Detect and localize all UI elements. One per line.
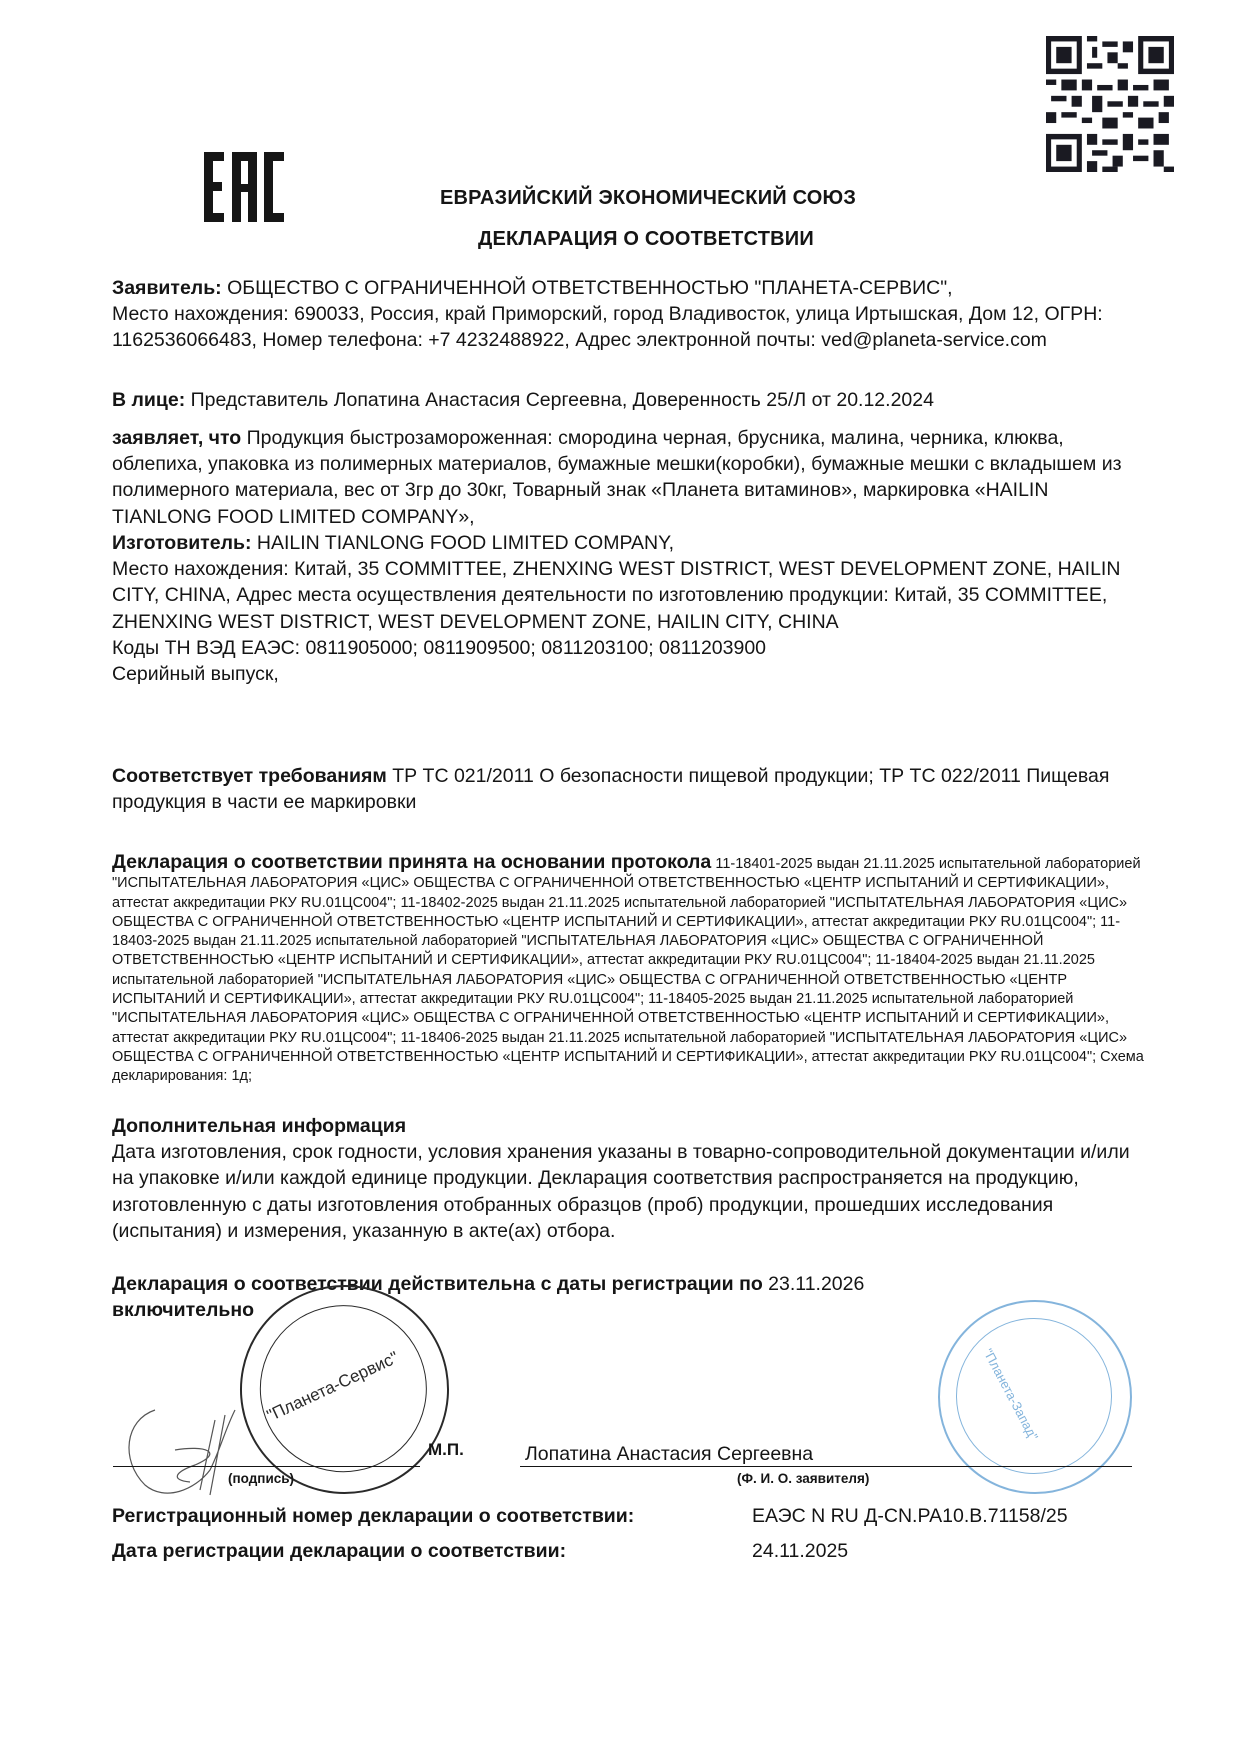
declares-label: заявляет, что: [112, 427, 241, 449]
applicant-label: Заявитель:: [112, 277, 222, 299]
applicant-name: ОБЩЕСТВО С ОГРАНИЧЕННОЙ ОТВЕТСТВЕННОСТЬЮ…: [222, 277, 953, 299]
seal-mark: М.П.: [428, 1440, 464, 1460]
signature-caption: (подпись): [228, 1471, 294, 1486]
name-line: [520, 1466, 1132, 1467]
qr-code: [1046, 36, 1174, 172]
registration-date: 24.11.2025: [752, 1540, 848, 1563]
qr-code-icon: [1046, 36, 1174, 172]
represented-by-label: В лице:: [112, 389, 185, 411]
certification-body-stamp: "Планета-Запад": [938, 1300, 1132, 1494]
represented-by-section: В лице: Представитель Лопатина Анастасия…: [112, 387, 1142, 413]
represented-by-value: Представитель Лопатина Анастасия Сергеев…: [185, 389, 934, 411]
basis-section: Декларация о соответствии принята на осн…: [112, 853, 1152, 1087]
signature-line: [113, 1466, 420, 1467]
manufacturer-address: Место нахождения: Китай, 35 COMMITTEE, Z…: [112, 558, 1120, 632]
release-type: Серийный выпуск,: [112, 663, 279, 685]
applicant-section: Заявитель: ОБЩЕСТВО С ОГРАНИЧЕННОЙ ОТВЕТ…: [112, 275, 1142, 354]
additional-info-label: Дополнительная информация: [112, 1115, 406, 1137]
eac-mark-icon: [200, 150, 290, 225]
registration-number-label: Регистрационный номер декларации о соотв…: [112, 1505, 634, 1528]
eac-logo: [200, 150, 290, 225]
registration-date-label: Дата регистрации декларации о соответств…: [112, 1540, 566, 1563]
name-caption: (Ф. И. О. заявителя): [737, 1471, 869, 1486]
basis-label: Декларация о соответствии принята на осн…: [112, 851, 711, 873]
test-protocols: 11-18401-2025 выдан 21.11.2025 испытател…: [112, 856, 1144, 1084]
manufacturer-name: HAILIN TIANLONG FOOD LIMITED COMPANY,: [251, 532, 674, 554]
conformity-label: Соответствует требованиям: [112, 765, 387, 787]
registration-number: ЕАЭС N RU Д-CN.РА10.В.71158/25: [752, 1505, 1068, 1528]
validity-date: 23.11.2026: [763, 1273, 865, 1295]
document-title: ДЕКЛАРАЦИЯ О СООТВЕТСТВИИ: [478, 228, 814, 251]
additional-info-section: Дополнительная информация Дата изготовле…: [112, 1113, 1142, 1244]
additional-info-text: Дата изготовления, срок годности, услови…: [112, 1141, 1130, 1242]
manufacturer-section: Изготовитель: HAILIN TIANLONG FOOD LIMIT…: [112, 530, 1142, 687]
manufacturer-label: Изготовитель:: [112, 532, 251, 554]
product-description: Продукция быстрозамороженная: смородина …: [112, 427, 1122, 528]
union-title: ЕВРАЗИЙСКИЙ ЭКОНОМИЧЕСКИЙ СОЮЗ: [440, 187, 856, 210]
hs-codes: Коды ТН ВЭД ЕАЭС: 0811905000; 0811909500…: [112, 637, 766, 659]
applicant-full-name: Лопатина Анастасия Сергеевна: [525, 1443, 813, 1466]
declares-section: заявляет, что Продукция быстрозамороженн…: [112, 425, 1142, 530]
validity-label: Декларация о соответствии действительна …: [112, 1273, 763, 1295]
applicant-details: Место нахождения: 690033, Россия, край П…: [112, 303, 1103, 351]
conformity-section: Соответствует требованиям ТР ТС 021/2011…: [112, 763, 1142, 815]
validity-suffix: включительно: [112, 1299, 254, 1321]
